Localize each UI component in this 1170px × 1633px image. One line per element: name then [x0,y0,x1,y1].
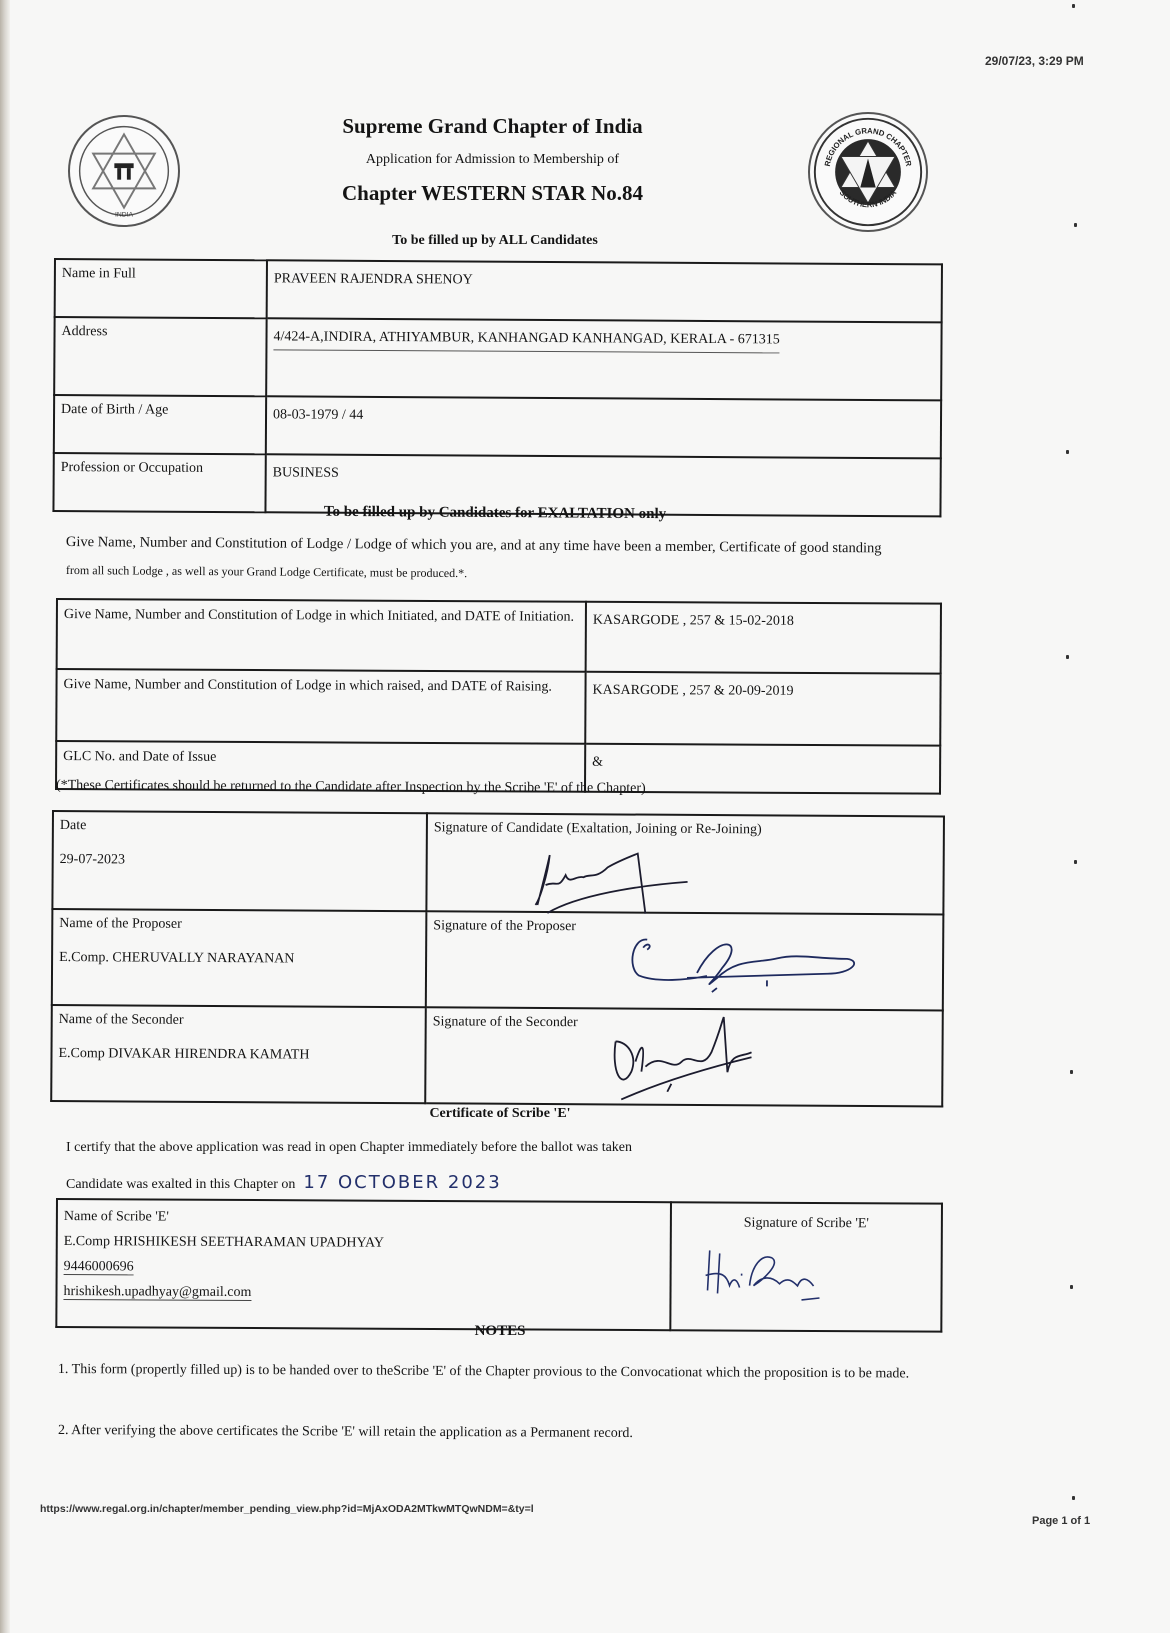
seconder-signature [601,1011,772,1102]
scribe-email: hrishikesh.upadhyay@gmail.com [63,1284,251,1301]
signature-icon [701,1245,851,1306]
dob-value: 08-03-1979 / 44 [266,396,941,458]
candidate-details-table: Name in Full PRAVEEN RAJENDRA SHENOY Add… [52,258,943,517]
signatures-table: Date 29-07-2023 Signature of Candidate (… [50,810,945,1107]
speck [1074,223,1077,227]
svg-text:INDIA: INDIA [115,211,134,218]
proposer-name: E.Comp. CHERUVALLY NARAYANAN [59,950,419,968]
date-label: Date [60,818,420,836]
initiation-answer: KASARGODE , 257 & 15-02-2018 [586,602,941,674]
dob-label: Date of Birth / Age [54,395,266,454]
initiation-question: Give Name, Number and Constitution of Lo… [57,599,586,672]
speck [1072,1496,1075,1500]
notes-heading: NOTES [0,1323,1000,1340]
candidate-signature-label: Signature of Candidate (Exaltation, Join… [434,820,937,839]
seconder-name: E.Comp DIVAKAR HIRENDRA KAMATH [58,1046,418,1064]
table-row: Name of the Seconder E.Comp DIVAKAR HIRE… [51,1005,943,1106]
table-row: Address 4/424-A,INDIRA, ATHIYAMBUR, KANH… [54,317,941,400]
scribe-signature [701,1245,851,1306]
note-item: 1. This form (propertly filled up) is to… [58,1359,958,1386]
document-subtitle: Application for Admission to Membership … [0,152,985,168]
print-timestamp: 29/07/23, 3:29 PM [985,54,1084,68]
chapter-name: Chapter WESTERN STAR No.84 [0,181,985,206]
speck [1070,1070,1073,1074]
section-all-heading: To be filled up by ALL Candidates [0,233,990,249]
page-indicator: Page 1 of 1 [1032,1515,1090,1527]
table-row: Date 29-07-2023 Signature of Candidate (… [52,811,944,914]
table-row: Date of Birth / Age 08-03-1979 / 44 [54,395,941,458]
signature-icon [627,928,867,999]
speck [1070,1285,1073,1289]
name-label: Name in Full [55,259,267,318]
certificates-footnote: (*These Certificates should be returned … [56,778,646,797]
address-label: Address [54,317,266,396]
raising-question: Give Name, Number and Constitution of Lo… [56,669,585,744]
address-value: 4/424-A,INDIRA, ATHIYAMBUR, KANHANGAD KA… [273,329,779,353]
signature-icon [601,1011,772,1102]
proposer-signature [627,928,867,999]
name-value: PRAVEEN RAJENDRA SHENOY [267,260,942,322]
certificate-heading: Certificate of Scribe 'E' [0,1106,1000,1122]
certify-statement: I certify that the above application was… [66,1140,632,1156]
exalted-statement: Candidate was exalted in this Chapter on… [66,1172,502,1193]
page-url: https://www.regal.org.in/chapter/member_… [40,1503,534,1515]
document-title: Supreme Grand Chapter of India [0,114,985,139]
exalted-date-handwritten: 17 OCTOBER 2023 [303,1172,501,1193]
proposer-label: Name of the Proposer [59,916,419,934]
scribe-signature-label: Signature of Scribe 'E' [678,1215,935,1232]
exalted-label: Candidate was exalted in this Chapter on [66,1177,295,1192]
table-row: Give Name, Number and Constitution of Lo… [56,669,940,746]
exaltation-instruction-cont: from all such Lodge , as well as your Gr… [66,563,467,581]
speck [1066,655,1069,659]
signature-icon [517,845,717,916]
candidate-signature [517,845,717,916]
table-row: Name in Full PRAVEEN RAJENDRA SHENOY [55,259,942,322]
exaltation-instruction: Give Name, Number and Constitution of Lo… [66,534,926,558]
speck [1072,4,1075,8]
seconder-label: Name of the Seconder [59,1012,419,1030]
note-item: 2. After verifying the above certificate… [58,1423,633,1442]
scribe-table: Name of Scribe 'E' E.Comp HRISHIKESH SEE… [55,1198,943,1333]
lodge-details-table: Give Name, Number and Constitution of Lo… [55,598,942,795]
scribe-label: Name of Scribe 'E' [64,1204,664,1232]
date-value: 29-07-2023 [60,852,420,870]
scribe-name: E.Comp HRISHIKESH SEETHARAMAN UPADHYAY [64,1229,664,1257]
table-row: Name of the Proposer E.Comp. CHERUVALLY … [52,909,944,1010]
scribe-phone: 9446000696 [64,1259,134,1275]
speck [1074,860,1077,864]
speck [1066,450,1069,454]
raising-answer: KASARGODE , 257 & 20-09-2019 [585,672,940,746]
table-row: Name of Scribe 'E' E.Comp HRISHIKESH SEE… [56,1199,942,1332]
table-row: Give Name, Number and Constitution of Lo… [57,599,941,674]
